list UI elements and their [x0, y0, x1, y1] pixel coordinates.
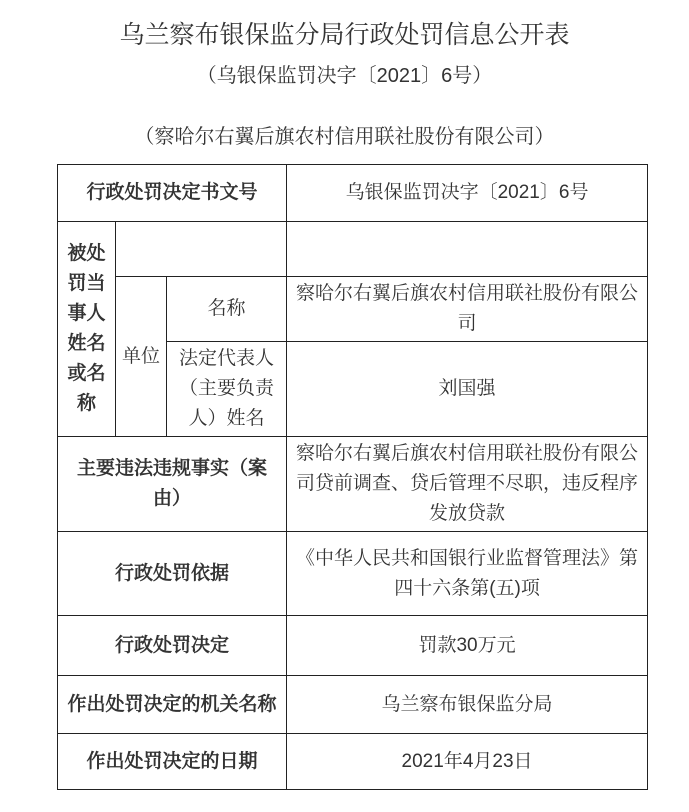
- name-label: 名称: [167, 277, 287, 342]
- table-row: 行政处罚依据 《中华人民共和国银行业监督管理法》第四十六条第(五)项: [58, 532, 648, 616]
- facts-value: 察哈尔右翼后旗农村信用联社股份有限公司贷前调查、贷后管理不尽职，违反程序发放贷款: [287, 437, 648, 532]
- page-title: 乌兰察布银保监分局行政处罚信息公开表 （乌银保监罚决字〔2021〕6号）: [0, 14, 689, 96]
- party-group-label: 被处罚当事人姓名或名称: [58, 222, 116, 437]
- basis-value: 《中华人民共和国银行业监督管理法》第四十六条第(五)项: [287, 532, 648, 616]
- name-value: 察哈尔右翼后旗农村信用联社股份有限公司: [287, 277, 648, 342]
- date-value: 2021年4月23日: [287, 734, 648, 790]
- party-empty-cell: [116, 222, 287, 277]
- table-row: 单位 名称 察哈尔右翼后旗农村信用联社股份有限公司: [58, 277, 648, 342]
- party-empty-value-cell: [287, 222, 648, 277]
- facts-label: 主要违法违规事实（案由）: [58, 437, 287, 532]
- authority-value: 乌兰察布银保监分局: [287, 676, 648, 734]
- table-row: 行政处罚决定 罚款30万元: [58, 616, 648, 676]
- legal-rep-value: 刘国强: [287, 342, 648, 437]
- page-title-line-2: （乌银保监罚决字〔2021〕6号）: [0, 56, 689, 96]
- page-title-line-1: 乌兰察布银保监分局行政处罚信息公开表: [0, 14, 689, 56]
- table-row: 被处罚当事人姓名或名称: [58, 222, 648, 277]
- penalty-disclosure-document: 乌兰察布银保监分局行政处罚信息公开表 （乌银保监罚决字〔2021〕6号） （察哈…: [0, 14, 689, 790]
- table-row: 作出处罚决定的机关名称 乌兰察布银保监分局: [58, 676, 648, 734]
- penalty-table: 行政处罚决定书文号 乌银保监罚决字〔2021〕6号 被处罚当事人姓名或名称 单位…: [57, 164, 648, 790]
- authority-label: 作出处罚决定的机关名称: [58, 676, 287, 734]
- date-label: 作出处罚决定的日期: [58, 734, 287, 790]
- unit-label: 单位: [116, 277, 167, 437]
- decision-value: 罚款30万元: [287, 616, 648, 676]
- decision-label: 行政处罚决定: [58, 616, 287, 676]
- table-row: 作出处罚决定的日期 2021年4月23日: [58, 734, 648, 790]
- doc-number-label: 行政处罚决定书文号: [58, 165, 287, 222]
- legal-rep-label: 法定代表人（主要负责人）姓名: [167, 342, 287, 437]
- doc-number-value: 乌银保监罚决字〔2021〕6号: [287, 165, 648, 222]
- table-row: 主要违法违规事实（案由） 察哈尔右翼后旗农村信用联社股份有限公司贷前调查、贷后管…: [58, 437, 648, 532]
- table-row: 行政处罚决定书文号 乌银保监罚决字〔2021〕6号: [58, 165, 648, 222]
- company-subtitle: （察哈尔右翼后旗农村信用联社股份有限公司）: [0, 122, 689, 152]
- basis-label: 行政处罚依据: [58, 532, 287, 616]
